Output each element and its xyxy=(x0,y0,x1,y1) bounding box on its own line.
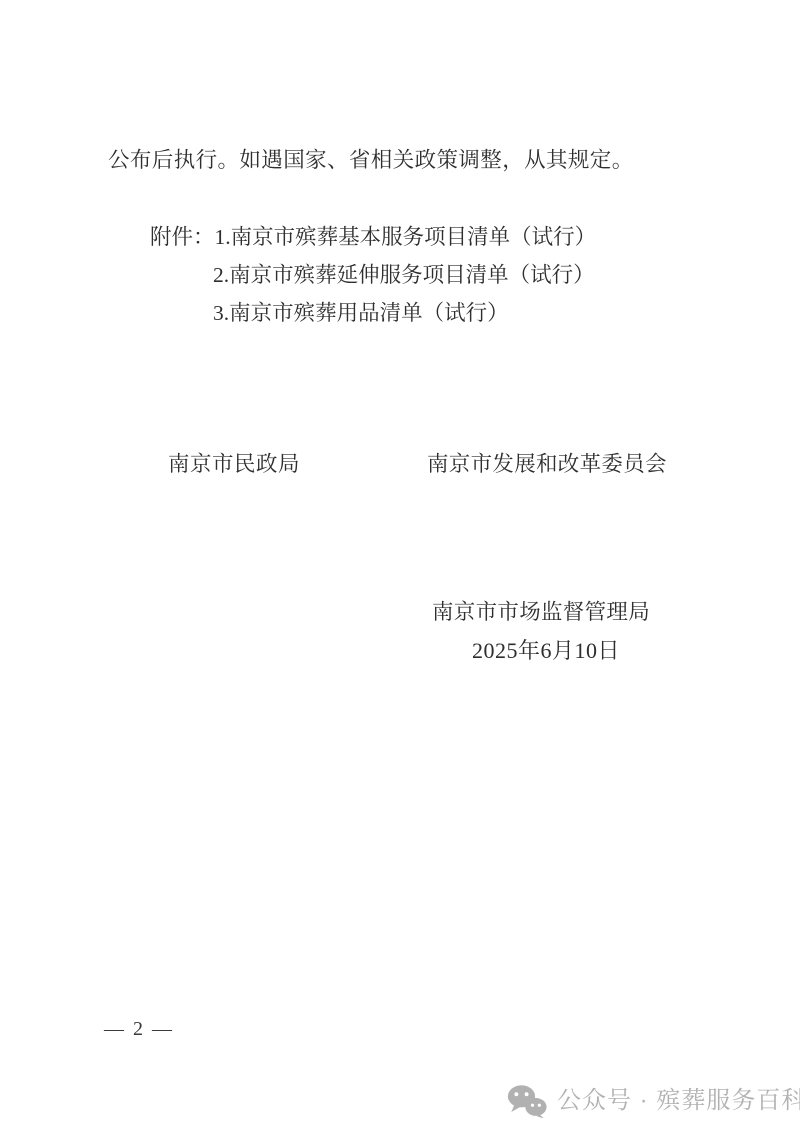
page-number: — 2 — xyxy=(104,1019,174,1039)
attachment-label: 附件： xyxy=(150,225,215,249)
attachment-item-2: 2.南京市殡葬延伸服务项目清单（试行） xyxy=(213,265,595,287)
watermark: 公众号 · 殡葬服务百科 xyxy=(506,1084,800,1118)
signer-market-supervision-bureau: 南京市市场监督管理局 xyxy=(432,602,650,624)
attachment-line-1: 附件：1.南京市殡葬基本服务项目清单（试行） xyxy=(150,227,596,249)
attachment-item-3: 3.南京市殡葬用品清单（试行） xyxy=(213,303,509,325)
document-date: 2025年6月10日 xyxy=(472,640,620,662)
wechat-icon xyxy=(506,1084,548,1118)
document-page: 公布后执行。如遇国家、省相关政策调整，从其规定。 附件：1.南京市殡葬基本服务项… xyxy=(0,0,800,1132)
signer-civil-affairs-bureau: 南京市民政局 xyxy=(168,454,300,476)
attachment-item-1: 1.南京市殡葬基本服务项目清单（试行） xyxy=(215,225,597,249)
body-paragraph: 公布后执行。如遇国家、省相关政策调整，从其规定。 xyxy=(108,150,634,172)
watermark-text: 公众号 · 殡葬服务百科 xyxy=(557,1089,800,1113)
signer-development-reform-commission: 南京市发展和改革委员会 xyxy=(427,454,667,476)
